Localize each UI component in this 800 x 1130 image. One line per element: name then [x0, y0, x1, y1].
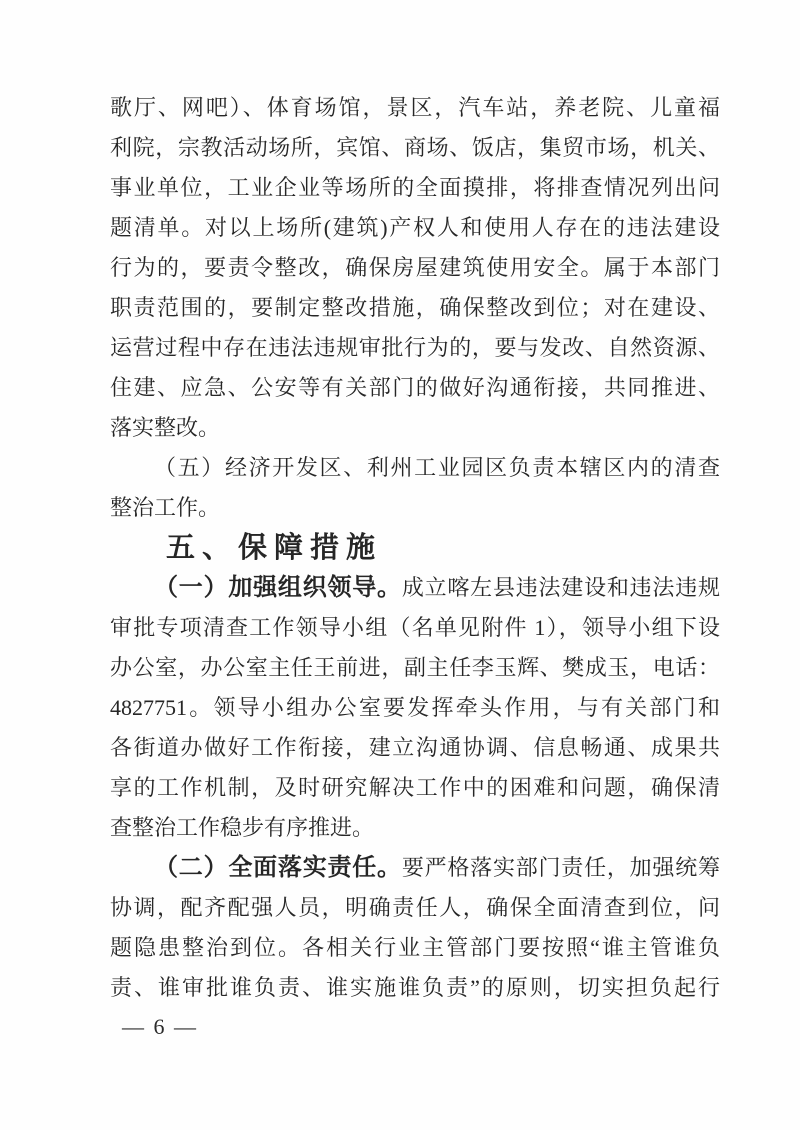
paragraph-line: 享的工作机制，及时研究解决工作中的困难和问题，确保清: [110, 768, 720, 808]
paragraph-line: 审批专项清查工作领导小组（名单见附件 1），领导小组下设: [110, 608, 720, 648]
paragraph-line: 歌厅、网吧）、体育场馆，景区，汽车站，养老院、儿童福: [110, 88, 720, 128]
paragraph-line: （二）全面落实责任。要严格落实部门责任，加强统筹: [110, 848, 720, 888]
paragraph-line: 题清单。对以上场所(建筑)产权人和使用人存在的违法建设: [110, 208, 720, 248]
paragraph-line: 题隐患整治到位。各相关行业主管部门要按照“谁主管谁负: [110, 928, 720, 968]
paragraph-line: （一）加强组织领导。成立喀左县违法建设和违法违规: [110, 568, 720, 608]
paragraph-line: 住建、应急、公安等有关部门的做好沟通衔接，共同推进、: [110, 368, 720, 408]
page-number: — 6 —: [110, 1012, 720, 1042]
paragraph-line: 办公室，办公室主任王前进，副主任李玉辉、樊成玉，电话：: [110, 648, 720, 688]
paragraph-line: 行为的，要责令整改，确保房屋建筑使用安全。属于本部门: [110, 248, 720, 288]
paragraph-line: 利院，宗教活动场所，宾馆、商场、饭店，集贸市场，机关、: [110, 128, 720, 168]
paragraph-line: 整治工作。: [110, 488, 720, 528]
paragraph-line: 责、谁审批谁负责、谁实施谁负责”的原则，切实担负起行: [110, 968, 720, 1008]
paragraph-line: 各街道办做好工作衔接，建立沟通协调、信息畅通、成果共: [110, 728, 720, 768]
document-body: 歌厅、网吧）、体育场馆，景区，汽车站，养老院、儿童福 利院，宗教活动场所，宾馆、…: [110, 88, 720, 1042]
paragraph-line: 职责范围的，要制定整改措施，确保整改到位；对在建设、: [110, 288, 720, 328]
paragraph-bold-lead: （二）全面落实责任。: [154, 855, 402, 881]
paragraph-line: 事业单位，工业企业等场所的全面摸排，将排查情况列出问: [110, 168, 720, 208]
paragraph-line: 落实整改。: [110, 408, 720, 448]
paragraph-line: 查整治工作稳步有序推进。: [110, 808, 720, 848]
paragraph-text: 成立喀左县违法建设和违法违规: [402, 575, 720, 600]
paragraph-line: （五）经济开发区、利州工业园区负责本辖区内的清查: [110, 448, 720, 488]
paragraph-line: 运营过程中存在违法违规审批行为的，要与发改、自然资源、: [110, 328, 720, 368]
document-page: 歌厅、网吧）、体育场馆，景区，汽车站，养老院、儿童福 利院，宗教活动场所，宾馆、…: [0, 0, 800, 1130]
paragraph-bold-lead: （一）加强组织领导。: [154, 575, 402, 601]
paragraph-text: 要严格落实部门责任，加强统筹: [402, 855, 720, 880]
paragraph-line: 协调，配齐配强人员，明确责任人，确保全面清查到位，问: [110, 888, 720, 928]
section-heading: 五、保障措施: [110, 528, 720, 568]
paragraph-line: 4827751。领导小组办公室要发挥牵头作用，与有关部门和: [110, 688, 720, 728]
